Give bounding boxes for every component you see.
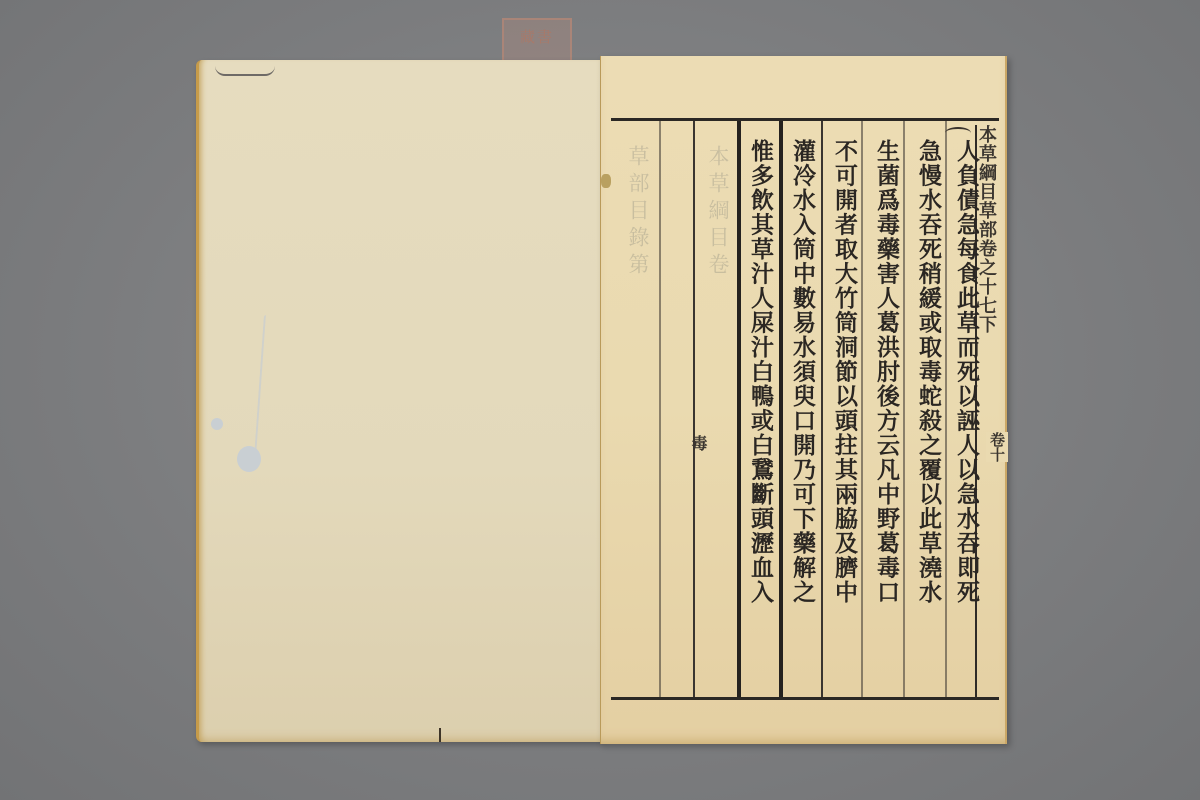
column-rule — [821, 121, 823, 697]
column-rule — [903, 121, 905, 697]
column-rule — [779, 121, 783, 697]
bleed-through-text: 本草綱目卷 — [703, 145, 733, 280]
paper-hole-small — [211, 418, 223, 430]
right-page-printed: 草部目錄第 本草綱目卷 毒 本草綱目草部卷之十七下 人負債急每食此草而死以誣人以… — [600, 56, 1007, 744]
left-page-blank — [196, 60, 603, 742]
worm-damage-mark — [215, 62, 275, 76]
column-rule — [737, 121, 741, 697]
paper-hole — [237, 446, 261, 472]
column-rule — [659, 121, 661, 697]
paper-tear — [439, 728, 441, 742]
print-frame: 草部目錄第 本草綱目卷 毒 本草綱目草部卷之十七下 人負債急每食此草而死以誣人以… — [611, 118, 999, 700]
margin-note: 毒 — [687, 435, 710, 451]
text-column-2: 急慢水吞死稍緩或取毒蛇殺之覆以此草澆水 — [911, 139, 945, 605]
column-rule — [861, 121, 863, 697]
column-rule — [945, 121, 947, 697]
page-number: 卷十 — [986, 432, 1008, 462]
seal-glyphs: 藏書 — [504, 20, 570, 50]
text-column-4: 不可開者取大竹筒洞節以頭拄其兩脇及臍中 — [827, 139, 861, 605]
text-column-3: 生菌爲毒藥害人葛洪肘後方云凡中野葛毒口 — [869, 139, 903, 605]
text-column-1: 人負債急每食此草而死以誣人以急水吞即死 — [949, 139, 983, 605]
paper-stain — [601, 174, 611, 188]
text-column-5: 灌冷水入筒中數易水須臾口開乃可下藥解之 — [785, 139, 819, 605]
text-column-6: 惟多飲其草汁人屎汁白鴨或白鵞斷頭瀝血入 — [743, 139, 777, 605]
column-rule — [693, 121, 695, 697]
fish-tail-ornament — [945, 127, 971, 139]
paper-crease — [254, 315, 269, 455]
bleed-through-text: 草部目錄第 — [623, 145, 653, 280]
